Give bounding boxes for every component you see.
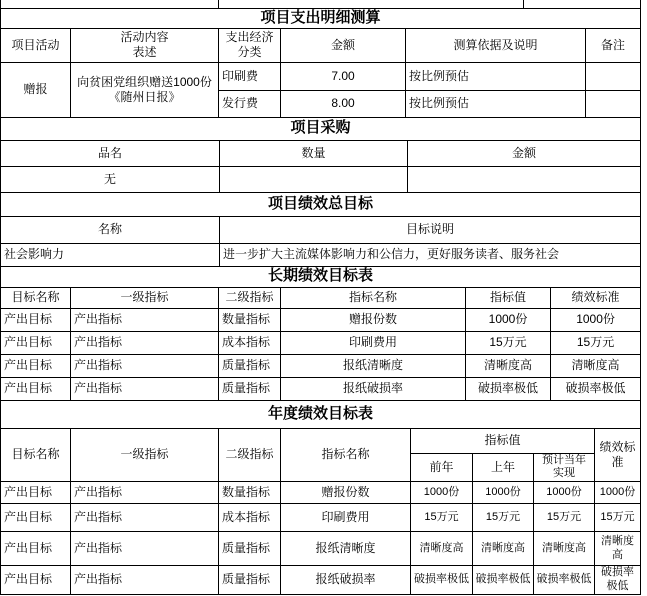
cell-value-year-before-last: 1000份 [411, 482, 473, 504]
header-indicator-name: 指标名称 [281, 287, 466, 308]
annual-header-row-1: 目标名称 一级指标 二级指标 指标名称 指标值 绩效标准 [1, 428, 641, 453]
longterm-goal-table: 长期绩效目标表 目标名称 一级指标 二级指标 指标名称 指标值 绩效标准 产出目… [0, 266, 641, 401]
cell-indicator-name: 印刷费用 [281, 331, 466, 354]
table-row: 无 [1, 166, 641, 192]
cell-goal-name: 产出目标 [1, 482, 71, 504]
header-amount: 金额 [408, 140, 641, 166]
cell-level2-indicator: 质量指标 [219, 532, 281, 566]
section-title-annual: 年度绩效目标表 [1, 400, 641, 428]
cell-indicator-name: 赠报份数 [281, 308, 466, 331]
header-goal-name: 目标名称 [1, 287, 71, 308]
header-last-year: 上年 [473, 453, 534, 482]
cell-level1-indicator: 产出指标 [71, 308, 219, 331]
cell-level1-indicator: 产出指标 [71, 331, 219, 354]
cell-quantity [220, 166, 408, 192]
cell-value-current-year: 清晰度高 [534, 532, 595, 566]
header-amount: 金额 [281, 28, 406, 62]
cell-value-year-before-last: 破损率极低 [411, 566, 473, 595]
cell-remark [586, 62, 641, 90]
cell-amount [408, 166, 641, 192]
cell-goal-name: 产出目标 [1, 532, 71, 566]
overall-goal-header-row: 名称 目标说明 [1, 216, 641, 243]
section-title-procurement: 项目采购 [1, 117, 641, 140]
cell-basis: 按比例预估 [406, 62, 586, 90]
table-row: 社会影响力 进一步扩大主流媒体影响力和公信力，更好服务读者、服务社会 [1, 243, 641, 266]
table-row: 产出目标 产出指标 数量指标 赠报份数 1000份 1000份 [1, 308, 641, 331]
cell-value-year-before-last: 清晰度高 [411, 532, 473, 566]
cell-goal-name: 产出目标 [1, 308, 71, 331]
cell-performance-standard: 破损率极低 [551, 377, 641, 400]
cell-performance-standard: 1000份 [595, 482, 641, 504]
header-activity-content: 活动内容 表述 [71, 28, 219, 62]
cell-level2-indicator: 质量指标 [219, 354, 281, 377]
cell-goal-name: 产出目标 [1, 377, 71, 400]
cell-value-last-year: 破损率极低 [473, 566, 534, 595]
header-level1-indicator: 一级指标 [71, 287, 219, 308]
budget-document: 项目支出明细测算 项目活动 活动内容 表述 支出经济 分类 金额 测算依据及说明… [0, 0, 647, 596]
cell-level1-indicator: 产出指标 [71, 354, 219, 377]
cell-value-last-year: 1000份 [473, 482, 534, 504]
annual-goal-table: 年度绩效目标表 目标名称 一级指标 二级指标 指标名称 指标值 绩效标准 前年 … [0, 400, 641, 595]
header-quantity: 数量 [220, 140, 408, 166]
cell-level1-indicator: 产出指标 [71, 482, 219, 504]
table-row: 产出目标 产出指标 质量指标 报纸清晰度 清晰度高 清晰度高 [1, 354, 641, 377]
cell-activity-content: 向贫困党组织赠送1000份《随州日报》 [71, 62, 219, 117]
procurement-table: 项目采购 品名 数量 金额 无 [0, 117, 641, 193]
header-basis: 测算依据及说明 [406, 28, 586, 62]
expense-header-row: 项目活动 活动内容 表述 支出经济 分类 金额 测算依据及说明 备注 [1, 28, 641, 62]
header-project-activity: 项目活动 [1, 28, 71, 62]
cell-goal-name: 社会影响力 [1, 243, 220, 266]
cell-level2-indicator: 质量指标 [219, 566, 281, 595]
cell-goal-name: 产出目标 [1, 504, 71, 532]
cell-performance-standard: 15万元 [595, 504, 641, 532]
header-indicator-value: 指标值 [466, 287, 551, 308]
cell-indicator-name: 赠报份数 [281, 482, 411, 504]
header-performance-standard: 绩效标准 [595, 428, 641, 482]
cell-performance-standard: 清晰度高 [551, 354, 641, 377]
cell-indicator-value: 破损率极低 [466, 377, 551, 400]
cell-level2-indicator: 成本指标 [219, 331, 281, 354]
cell-item-name: 无 [1, 166, 220, 192]
table-row: 产出目标 产出指标 数量指标 赠报份数 1000份 1000份 1000份 10… [1, 482, 641, 504]
header-indicator-value-group: 指标值 [411, 428, 595, 453]
table-row: 产出目标 产出指标 质量指标 报纸破损率 破损率极低 破损率极低 [1, 377, 641, 400]
header-remark: 备注 [586, 28, 641, 62]
cell-level2-indicator: 成本指标 [219, 504, 281, 532]
cell-performance-standard: 破损率极低 [595, 566, 641, 595]
header-level2-indicator: 二级指标 [219, 428, 281, 482]
cell-basis: 按比例预估 [406, 90, 586, 117]
header-item-name: 品名 [1, 140, 220, 166]
cell-level1-indicator: 产出指标 [71, 532, 219, 566]
cell-goal-name: 产出目标 [1, 331, 71, 354]
cell-level2-indicator: 数量指标 [219, 308, 281, 331]
cell-performance-standard: 清晰度高 [595, 532, 641, 566]
cell-level2-indicator: 质量指标 [219, 377, 281, 400]
header-performance-standard: 绩效标准 [551, 287, 641, 308]
header-expense-category: 支出经济 分类 [219, 28, 281, 62]
cell-value-last-year: 15万元 [473, 504, 534, 532]
cell-indicator-name: 报纸破损率 [281, 566, 411, 595]
cell-indicator-value: 1000份 [466, 308, 551, 331]
cell-value-year-before-last: 15万元 [411, 504, 473, 532]
cell-indicator-value: 15万元 [466, 331, 551, 354]
cell-performance-standard: 1000份 [551, 308, 641, 331]
cell-value-current-year: 1000份 [534, 482, 595, 504]
cell-level1-indicator: 产出指标 [71, 377, 219, 400]
table-row: 赠报 向贫困党组织赠送1000份《随州日报》 印刷费 7.00 按比例预估 [1, 62, 641, 90]
header-goal-name: 目标名称 [1, 428, 71, 482]
expense-table: 项目支出明细测算 项目活动 活动内容 表述 支出经济 分类 金额 测算依据及说明… [0, 8, 641, 118]
cell-indicator-name: 报纸破损率 [281, 377, 466, 400]
cell-expense-category: 发行费 [219, 90, 281, 117]
table-row: 产出目标 产出指标 质量指标 报纸清晰度 清晰度高 清晰度高 清晰度高 清晰度高 [1, 532, 641, 566]
cell-performance-standard: 15万元 [551, 331, 641, 354]
cell-level1-indicator: 产出指标 [71, 566, 219, 595]
cell-goal-description: 进一步扩大主流媒体影响力和公信力，更好服务读者、服务社会 [220, 243, 641, 266]
cell-indicator-value: 清晰度高 [466, 354, 551, 377]
longterm-header-row: 目标名称 一级指标 二级指标 指标名称 指标值 绩效标准 [1, 287, 641, 308]
cell-level2-indicator: 数量指标 [219, 482, 281, 504]
table-row: 产出目标 产出指标 成本指标 印刷费用 15万元 15万元 [1, 331, 641, 354]
header-year-before-last: 前年 [411, 453, 473, 482]
cell-goal-name: 产出目标 [1, 354, 71, 377]
cell-amount: 8.00 [281, 90, 406, 117]
header-indicator-name: 指标名称 [281, 428, 411, 482]
header-goal-description: 目标说明 [220, 216, 641, 243]
cell-indicator-name: 印刷费用 [281, 504, 411, 532]
cell-goal-name: 产出目标 [1, 566, 71, 595]
cell-amount: 7.00 [281, 62, 406, 90]
table-row: 产出目标 产出指标 成本指标 印刷费用 15万元 15万元 15万元 15万元 [1, 504, 641, 532]
header-expected-current-year: 预计当年 实现 [534, 453, 595, 482]
section-title-expense: 项目支出明细测算 [1, 8, 641, 28]
header-level1-indicator: 一级指标 [71, 428, 219, 482]
cell-value-current-year: 15万元 [534, 504, 595, 532]
table-row: 产出目标 产出指标 质量指标 报纸破损率 破损率极低 破损率极低 破损率极低 破… [1, 566, 641, 595]
cell-value-last-year: 清晰度高 [473, 532, 534, 566]
cell-value-current-year: 破损率极低 [534, 566, 595, 595]
cell-remark [586, 90, 641, 117]
cell-indicator-name: 报纸清晰度 [281, 532, 411, 566]
cell-indicator-name: 报纸清晰度 [281, 354, 466, 377]
header-level2-indicator: 二级指标 [219, 287, 281, 308]
section-title-overall-goal: 项目绩效总目标 [1, 192, 641, 216]
header-goal-name: 名称 [1, 216, 220, 243]
cell-project-activity: 赠报 [1, 62, 71, 117]
cell-expense-category: 印刷费 [219, 62, 281, 90]
section-title-longterm: 长期绩效目标表 [1, 266, 641, 287]
overall-goal-table: 项目绩效总目标 名称 目标说明 社会影响力 进一步扩大主流媒体影响力和公信力，更… [0, 192, 641, 267]
procurement-header-row: 品名 数量 金额 [1, 140, 641, 166]
cell-level1-indicator: 产出指标 [71, 504, 219, 532]
